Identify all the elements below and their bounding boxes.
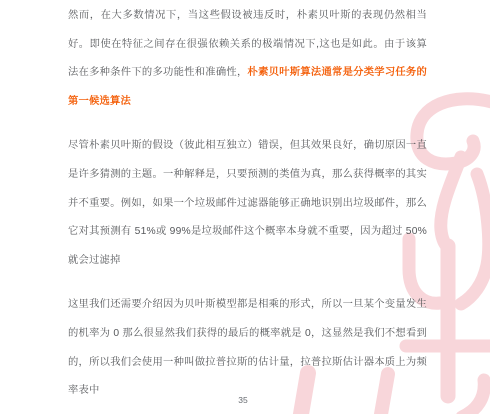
body-text: 这里我们还需要介绍因为贝叶斯模型都是相乘的形式，所以一旦某个变量发生的机率为 0… (68, 299, 427, 396)
paragraph: 尽管朴素贝叶斯的假设（彼此相互独立）错误，但其效果良好，确切原因一直是许多猜测的… (68, 132, 427, 276)
paragraph: 这里我们还需要介绍因为贝叶斯模型都是相乘的形式，所以一旦某个变量发生的机率为 0… (68, 291, 427, 406)
watermark-stroke (417, 99, 490, 164)
text-content: 然而，在大多数情况下，当这些假设被违反时，朴素贝叶斯的表现仍然相当好。即使在特征… (68, 2, 427, 414)
body-text: 尽管朴素贝叶斯的假设（彼此相互独立）错误，但其效果良好，确切原因一直是许多猜测的… (68, 140, 427, 266)
watermark-stroke (441, 157, 461, 248)
watermark-stroke (461, 174, 489, 304)
document-page: 然而，在大多数情况下，当这些假设被违反时，朴素贝叶斯的表现仍然相当好。即使在特征… (0, 0, 490, 414)
paragraph: 然而，在大多数情况下，当这些假设被违反时，朴素贝叶斯的表现仍然相当好。即使在特征… (68, 2, 427, 117)
page-number: 35 (0, 395, 486, 405)
